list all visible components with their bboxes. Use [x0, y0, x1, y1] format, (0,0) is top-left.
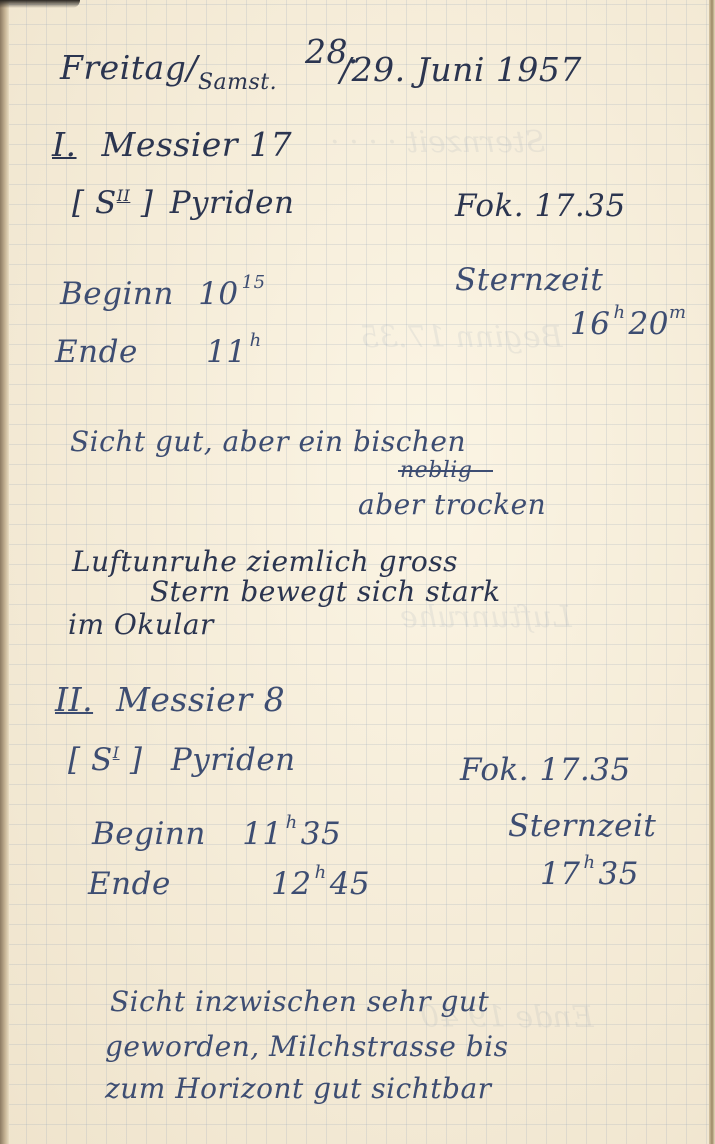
- hour-mark: h: [583, 852, 595, 873]
- observation-2-sidereal-time: 17h35: [540, 852, 639, 892]
- begin-label: Beginn: [92, 816, 206, 852]
- bleed-through-text: Sternzeit · · · ·: [330, 125, 546, 160]
- observation-1-begin: Beginn 1015: [60, 272, 269, 312]
- bleed-through-text: Beginn 17.35: [360, 320, 563, 355]
- begin-minutes: 15: [242, 272, 266, 293]
- observation-1-note-4: Stern bewegt sich stark: [150, 575, 501, 608]
- sidereal-minutes: 20: [629, 306, 669, 342]
- end-minutes: 45: [330, 866, 370, 902]
- plate-subscript: I: [113, 743, 120, 762]
- notebook-page: Sternzeit · · · · Beginn 17.35 Luftunruh…: [0, 0, 715, 1144]
- begin-minutes: 35: [301, 816, 341, 852]
- sidereal-minutes: 35: [599, 856, 639, 892]
- begin-label: Beginn: [60, 276, 174, 312]
- bracket: [: [68, 742, 81, 778]
- observation-2-plate: [ SI ] Pyriden: [68, 742, 296, 778]
- observation-1-title: I. Messier 17: [52, 125, 292, 164]
- plate-code: S: [91, 742, 113, 778]
- observation-1-note-3: Luftunruhe ziemlich gross: [72, 545, 458, 578]
- page-edge: [709, 0, 715, 1144]
- plate-subscript: II: [117, 186, 131, 205]
- bracket: ]: [141, 185, 154, 221]
- day-friday: Freitag: [60, 48, 186, 87]
- observation-numeral: I.: [52, 125, 77, 164]
- sidereal-hour: 17: [540, 856, 580, 892]
- hour-mark: h: [613, 302, 625, 323]
- messier-object: Messier 17: [102, 125, 293, 164]
- observation-1-end: Ende 11h: [55, 330, 265, 370]
- hour-mark: h: [315, 862, 327, 883]
- hour-mark: h: [286, 812, 298, 833]
- end-label: Ende: [88, 866, 171, 902]
- end-hour: 11: [206, 334, 246, 370]
- entry-date: /29. Juni 1957: [340, 50, 582, 89]
- observation-1-note-2: aber trocken: [358, 488, 546, 521]
- observation-2-note-3: zum Horizont gut sichtbar: [105, 1072, 492, 1105]
- entry-day: Freitag/Samst.: [60, 48, 277, 95]
- plate-code: S: [95, 185, 117, 221]
- observation-1-note-1: Sicht gut, aber ein bischen: [70, 425, 466, 458]
- observation-1-focus: Fok. 17.35: [455, 188, 626, 224]
- observation-2-title: II. Messier 8: [55, 680, 285, 719]
- observation-2-begin: Beginn 11h35: [92, 812, 341, 852]
- observation-2-note-2: geworden, Milchstrasse bis: [105, 1030, 508, 1063]
- sidereal-hour: 16: [570, 306, 610, 342]
- observation-numeral: II.: [55, 680, 93, 719]
- observation-2-sidereal-label: Sternzeit: [508, 808, 656, 844]
- end-hour: 12: [271, 866, 311, 902]
- observation-2-note-1: Sicht inzwischen sehr gut: [110, 985, 489, 1018]
- end-label: Ende: [55, 334, 138, 370]
- page-corner-shadow: [0, 0, 80, 8]
- messier-object: Messier 8: [116, 680, 285, 719]
- day-saturday: Samst.: [198, 70, 277, 95]
- notebook-binding: [0, 0, 9, 1144]
- film-type: Pyriden: [170, 185, 295, 221]
- hour-mark: h: [250, 330, 262, 351]
- observation-1-note-5: im Okular: [68, 608, 214, 641]
- observation-2-end: Ende 12h45: [88, 862, 370, 902]
- begin-hour: 10: [198, 276, 238, 312]
- film-type: Pyriden: [171, 742, 296, 778]
- strikethrough-line: [398, 470, 493, 472]
- observation-1-sidereal-time: 16h20m: [570, 302, 687, 342]
- observation-2-focus: Fok. 17.35: [460, 752, 631, 788]
- observation-1-plate: [ SII ] Pyriden: [72, 185, 294, 221]
- bracket: [: [72, 185, 85, 221]
- bracket: ]: [130, 742, 143, 778]
- observation-1-sidereal-label: Sternzeit: [455, 262, 603, 298]
- minute-mark: m: [669, 302, 687, 323]
- begin-hour: 11: [242, 816, 282, 852]
